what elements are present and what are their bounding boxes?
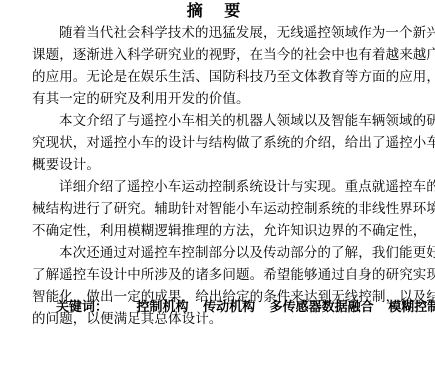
paragraph-line: 本次还通过对遥控车控制部分以及传动部分的了解，我们能更好地 — [32, 242, 404, 264]
paragraph-line: 本文介绍了与遥控小车相关的机器人领域以及智能车辆领域的研 — [32, 110, 404, 132]
paragraph-line: 的应用。无论是在娱乐生活、国防科技乃至文体教育等方面的应用，都 — [32, 66, 404, 88]
abstract-body: 随着当代社会科学技术的迅猛发展，无线遥控领域作为一个新兴的 课题，逐渐进入科学研… — [32, 22, 404, 330]
paragraph-line: 随着当代社会科学技术的迅猛发展，无线遥控领域作为一个新兴的 — [32, 22, 404, 44]
paragraph-line: 详细介绍了遥控小车运动控制系统设计与实现。重点就遥控车的机 — [32, 176, 404, 198]
keyword: 传动机构 — [203, 300, 255, 315]
paragraph-line: 械结构进行了研究。辅助针对智能小车运动控制系统的非线性界环境的 — [32, 198, 404, 220]
keyword: 控制机构 — [137, 300, 189, 315]
paragraph-line: 课题，逐渐进入科学研究业的视野，在当今的社会中也有着越来越广泛 — [32, 44, 404, 66]
keyword: 多传感器数据融合 — [270, 300, 374, 315]
paragraph-line: 了解遥控车设计中所涉及的诸多问题。希望能够通过自身的研究实现其 — [32, 264, 404, 286]
keywords-line: 关键词： 控制机构 传动机构 多传感器数据融合 模糊控制 — [56, 299, 435, 317]
abstract-title: 摘 要 — [0, 2, 435, 20]
paragraph-line: 有其一定的研究及利用开发的价值。 — [32, 88, 404, 110]
paragraph-line: 概要设计。 — [32, 154, 404, 176]
paragraph-line: 不确定性，利用模糊逻辑推理的方法，允许知识边界的不确定性， — [32, 220, 404, 242]
paragraph-line: 究现状，对遥控小车的设计与结构做了系统的介绍，给出了遥控小车的 — [32, 132, 404, 154]
keyword: 模糊控制 — [388, 300, 435, 315]
keywords-label: 关键词： — [56, 300, 108, 315]
